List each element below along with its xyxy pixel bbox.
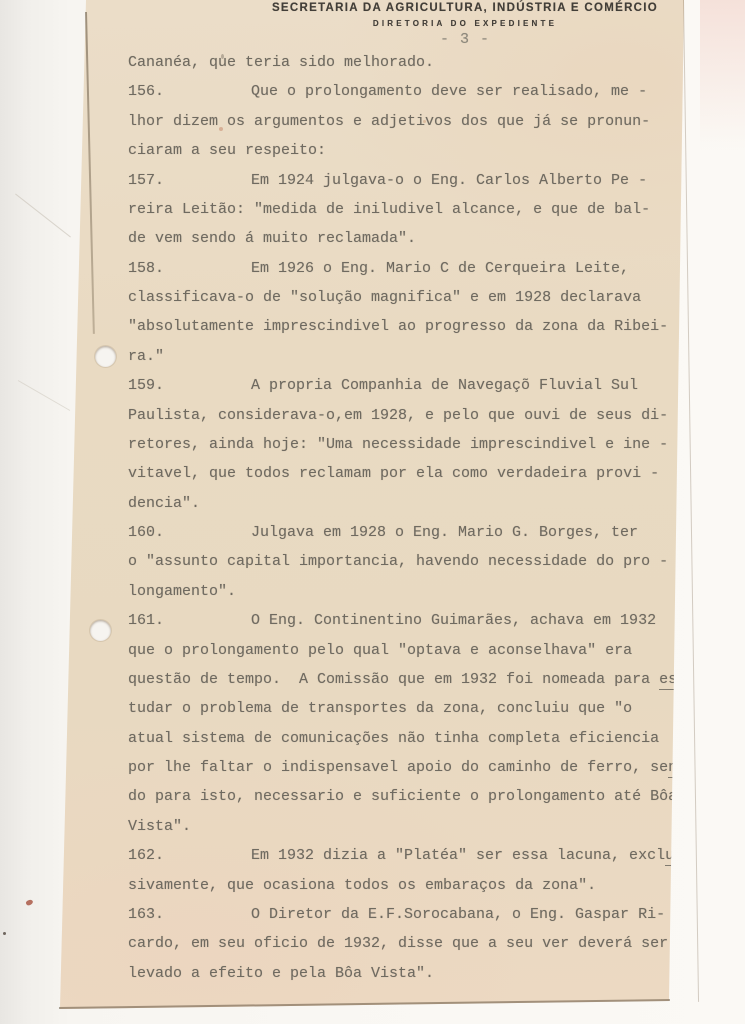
typed-line-text: Julgava em 1928 o Eng. Mario G. Borges, …	[251, 524, 638, 541]
typed-line-text: Em 1924 julgava-o o Eng. Carlos Alberto …	[251, 172, 647, 189]
typed-line: que o prolongamento pelo qual "optava e …	[128, 636, 708, 665]
typed-line-text: tudar o problema de transportes da zona,…	[128, 700, 632, 717]
paragraph-number: 156.	[128, 77, 251, 106]
page-number: - 3 -	[240, 31, 690, 48]
typed-line-text: Paulista, considerava-o,em 1928, e pelo …	[128, 407, 668, 424]
typed-line: vitavel, que todos reclamam por ela como…	[128, 459, 708, 488]
typed-line-text: cardo, em seu oficio de 1932, disse que …	[128, 935, 668, 952]
typed-line-text: classificava-o de "solução magnifica" e …	[128, 289, 641, 306]
typed-line: do para isto, necessario e suficiente o …	[128, 782, 708, 811]
typed-line: Vista".	[128, 812, 708, 841]
typed-line-text: ra."	[128, 348, 164, 365]
typed-line: ciaram a seu respeito:	[128, 136, 708, 165]
typed-line-text: Vista".	[128, 818, 191, 835]
typed-line: cardo, em seu oficio de 1932, disse que …	[128, 929, 708, 958]
typed-line: o "assunto capital importancia, havendo …	[128, 547, 708, 576]
typed-line-text: O Diretor da E.F.Sorocabana, o Eng. Gasp…	[251, 906, 665, 923]
typed-line-text: levado a efeito e pela Bôa Vista".	[128, 965, 434, 982]
typed-line-text: atual sistema de comunicações não tinha …	[128, 730, 659, 747]
typed-line: "absolutamente imprescindivel ao progres…	[128, 312, 708, 341]
typed-line: classificava-o de "solução magnifica" e …	[128, 283, 708, 312]
typed-line: Paulista, considerava-o,em 1928, e pelo …	[128, 401, 708, 430]
typed-line: sivamente, que ocasiona todos os embaraç…	[128, 871, 708, 900]
paragraph-number: 162.	[128, 841, 251, 870]
typed-line-text: retores, ainda hoje: "Uma necessidade im…	[128, 436, 668, 453]
typed-line-text: questão de tempo. A Comissão que em 1932…	[128, 671, 659, 688]
typed-line-text: "absolutamente imprescindivel ao progres…	[128, 318, 668, 335]
typed-line-text: lhor dizem os argumentos e adjetivos dos…	[128, 113, 650, 130]
document-paper: SECRETARIA DA AGRICULTURA, INDÚSTRIA E C…	[0, 0, 745, 1024]
typed-line: atual sistema de comunicações não tinha …	[128, 724, 708, 753]
typed-line-text: Em 1926 o Eng. Mario C de Cerqueira Leit…	[251, 260, 629, 277]
typed-line-text: o "assunto capital importancia, havendo …	[128, 553, 668, 570]
punch-hole-top	[95, 346, 116, 367]
typed-line-text: de vem sendo á muito reclamada".	[128, 230, 416, 247]
scan-speck	[3, 932, 6, 935]
typed-line-text: O Eng. Continentino Guimarães, achava em…	[251, 612, 656, 629]
paragraph-number: 159.	[128, 371, 251, 400]
typed-line-text: ciaram a seu respeito:	[128, 142, 326, 159]
letterhead: SECRETARIA DA AGRICULTURA, INDÚSTRIA E C…	[240, 2, 690, 48]
paragraph-number: 157.	[128, 166, 251, 195]
underlined-syllable: n	[668, 759, 677, 778]
typed-line-text: por lhe faltar o indispensavel apoio do …	[128, 759, 668, 776]
typed-line: retores, ainda hoje: "Uma necessidade im…	[128, 430, 708, 459]
typed-line-text: Em 1932 dizia a "Platéa" ser essa lacuna…	[251, 847, 665, 864]
typed-line: por lhe faltar o indispensavel apoio do …	[128, 753, 708, 782]
typed-line: Cananéa, que teria sido melhorado.	[128, 48, 708, 77]
typed-line: 157.Em 1924 julgava-o o Eng. Carlos Albe…	[128, 166, 708, 195]
scanner-scratch-mark	[18, 380, 70, 411]
typed-line-text: reira Leitão: "medida de iniludivel alca…	[128, 201, 650, 218]
typed-line-text: Cananéa, que teria sido melhorado.	[128, 54, 434, 71]
typed-line: questão de tempo. A Comissão que em 1932…	[128, 665, 708, 694]
typed-line-text: do para isto, necessario e suficiente o …	[128, 788, 677, 805]
typed-line: lhor dizem os argumentos e adjetivos dos…	[128, 107, 708, 136]
typed-line-text: sivamente, que ocasiona todos os embaraç…	[128, 877, 596, 894]
typed-line: 158.Em 1926 o Eng. Mario C de Cerqueira …	[128, 254, 708, 283]
typed-line: reira Leitão: "medida de iniludivel alca…	[128, 195, 708, 224]
underlined-syllable: u	[665, 847, 674, 866]
typed-line: dencia".	[128, 489, 708, 518]
typed-line-text: dencia".	[128, 495, 200, 512]
typed-line-text: vitavel, que todos reclamam por ela como…	[128, 465, 659, 482]
punch-hole-bottom	[90, 620, 111, 641]
typed-line: ra."	[128, 342, 708, 371]
typed-line: levado a efeito e pela Bôa Vista".	[128, 959, 708, 988]
typed-text-body: Cananéa, que teria sido melhorado.156.Qu…	[128, 48, 708, 988]
underlined-syllable: es	[659, 671, 677, 690]
letterhead-division: DIRETORIA DO EXPEDIENTE	[240, 19, 690, 28]
typed-line: 161.O Eng. Continentino Guimarães, achav…	[128, 606, 708, 635]
typed-line: 159.A propria Companhia de Navegaçõ Fluv…	[128, 371, 708, 400]
scanned-page-background: SECRETARIA DA AGRICULTURA, INDÚSTRIA E C…	[0, 0, 745, 1024]
scan-color-cast	[700, 0, 745, 150]
typed-line-text: que o prolongamento pelo qual "optava e …	[128, 642, 632, 659]
typed-line: 156.Que o prolongamento deve ser realisa…	[128, 77, 708, 106]
typed-line: 160.Julgava em 1928 o Eng. Mario G. Borg…	[128, 518, 708, 547]
letterhead-department: SECRETARIA DA AGRICULTURA, INDÚSTRIA E C…	[240, 2, 690, 14]
typed-line: tudar o problema de transportes da zona,…	[128, 694, 708, 723]
typed-line: de vem sendo á muito reclamada".	[128, 224, 708, 253]
paragraph-number: 163.	[128, 900, 251, 929]
red-ink-mark	[25, 899, 34, 907]
typed-line: 163.O Diretor da E.F.Sorocabana, o Eng. …	[128, 900, 708, 929]
paragraph-number: 160.	[128, 518, 251, 547]
scanner-scratch-mark	[15, 194, 71, 238]
paragraph-number: 161.	[128, 606, 251, 635]
typed-line: longamento".	[128, 577, 708, 606]
typed-line-text: A propria Companhia de Navegaçõ Fluvial …	[251, 377, 638, 394]
paper-edge-shadow-right	[683, 0, 699, 1002]
typed-line-text: longamento".	[128, 583, 236, 600]
typed-line-text: Que o prolongamento deve ser realisado, …	[251, 83, 647, 100]
paragraph-number: 158.	[128, 254, 251, 283]
typed-line: 162.Em 1932 dizia a "Platéa" ser essa la…	[128, 841, 708, 870]
